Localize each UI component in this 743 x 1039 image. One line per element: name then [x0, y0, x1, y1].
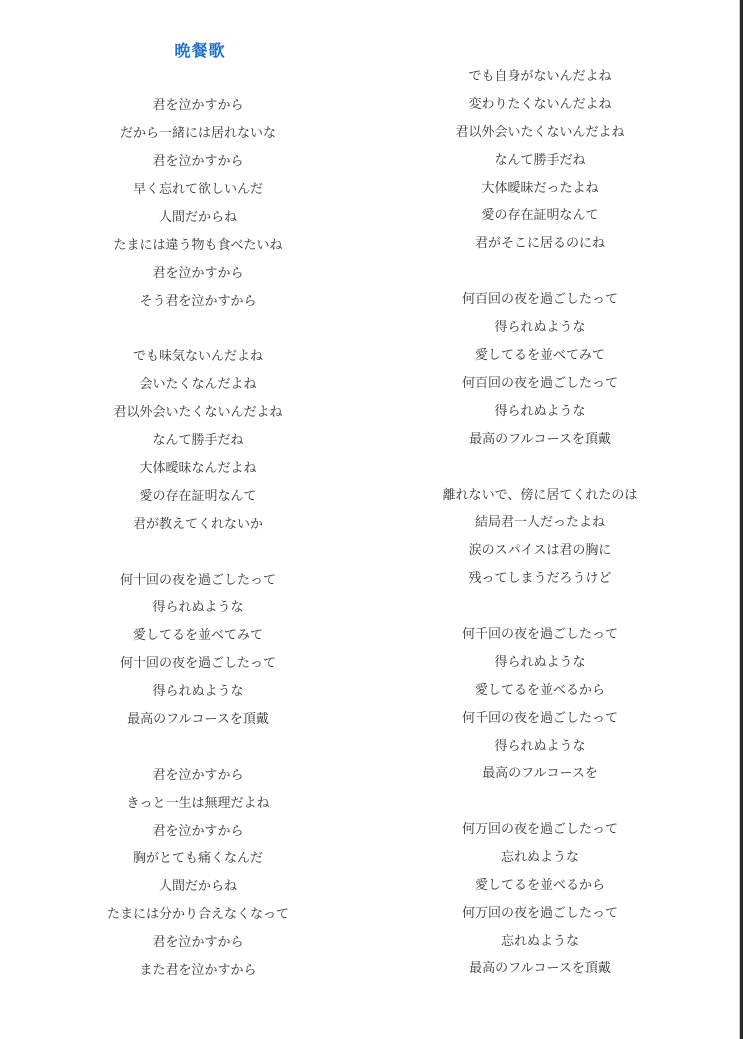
lyric-line: 君を泣かすから: [78, 823, 318, 841]
lyric-line: 何万回の夜を過ごしたって: [420, 905, 660, 923]
lyric-line: 得られぬような: [420, 319, 660, 337]
lyric-line: でも自身がないんだよね: [420, 68, 660, 86]
lyric-line: そう君を泣かすから: [78, 293, 318, 311]
lyric-line: 最高のフルコースを: [420, 765, 660, 783]
lyric-line: 君を泣かすから: [78, 265, 318, 283]
lyric-line: きっと一生は無理だよね: [78, 795, 318, 813]
lyric-line: 残ってしまうだろうけど: [420, 570, 660, 588]
lyric-line: 何百回の夜を過ごしたって: [420, 291, 660, 309]
lyric-line: 得られぬような: [420, 654, 660, 672]
lyric-line: 何十回の夜を過ごしたって: [78, 655, 318, 673]
lyric-line: だから一緒には居れないな: [78, 125, 318, 143]
lyric-line: 得られぬような: [78, 683, 318, 701]
lyric-line: 得られぬような: [420, 403, 660, 421]
lyric-line: 愛の存在証明なんて: [420, 207, 660, 225]
lyric-line: 愛してるを並べてみて: [420, 347, 660, 365]
lyric-line: 愛してるを並べるから: [420, 877, 660, 895]
lyric-line: たまには違う物も食べたいね: [78, 237, 318, 255]
lyric-line: 君を泣かすから: [78, 934, 318, 952]
lyric-line: なんて勝手だね: [78, 432, 318, 450]
lyric-line: 愛の存在証明なんて: [78, 488, 318, 506]
lyric-line: 結局君一人だったよね: [420, 514, 660, 532]
lyric-line: 君を泣かすから: [78, 767, 318, 785]
lyric-line: 最高のフルコースを頂戴: [420, 960, 660, 978]
lyric-line: 大体曖昧だったよね: [420, 180, 660, 198]
lyric-line: 何千回の夜を過ごしたって: [420, 710, 660, 728]
lyric-line: 変わりたくないんだよね: [420, 96, 660, 114]
lyric-line: 得られぬような: [78, 599, 318, 617]
lyric-line: 君以外会いたくないんだよね: [78, 404, 318, 422]
lyric-line: 会いたくなんだよね: [78, 376, 318, 394]
lyric-line: 君以外会いたくないんだよね: [420, 124, 660, 142]
lyric-line: 何千回の夜を過ごしたって: [420, 626, 660, 644]
lyric-line: でも味気ないんだよね: [78, 348, 318, 366]
lyric-line: 何百回の夜を過ごしたって: [420, 375, 660, 393]
lyric-line: 早く忘れて欲しいんだ: [78, 181, 318, 199]
lyric-line: また君を泣かすから: [78, 962, 318, 980]
lyric-line: 君を泣かすから: [78, 97, 318, 115]
lyric-line: 愛してるを並べてみて: [78, 627, 318, 645]
lyric-line: 忘れぬような: [420, 933, 660, 951]
lyric-line: 最高のフルコースを頂戴: [420, 431, 660, 449]
lyric-line: なんて勝手だね: [420, 152, 660, 170]
lyric-line: 胸がとても痛くなんだ: [78, 850, 318, 868]
lyric-line: 涙のスパイスは君の胸に: [420, 542, 660, 560]
lyric-line: 大体曖昧なんだよね: [78, 460, 318, 478]
lyric-line: 最高のフルコースを頂戴: [78, 711, 318, 729]
lyric-line: 何万回の夜を過ごしたって: [420, 821, 660, 839]
lyric-line: 忘れぬような: [420, 849, 660, 867]
lyric-line: 君が教えてくれないか: [78, 516, 318, 534]
lyric-line: 人間だからね: [78, 209, 318, 227]
lyrics-page: 晩餐歌 君を泣かすからだから一緒には居れないな君を泣かすから早く忘れて欲しいんだ…: [0, 0, 739, 1039]
lyric-line: 何十回の夜を過ごしたって: [78, 572, 318, 590]
lyric-line: 君を泣かすから: [78, 153, 318, 171]
lyric-line: 君がそこに居るのにね: [420, 235, 660, 253]
lyric-line: 愛してるを並べるから: [420, 682, 660, 700]
song-title: 晩餐歌: [150, 38, 250, 61]
lyric-line: 得られぬような: [420, 738, 660, 756]
lyric-line: 離れないで、傍に居てくれたのは: [420, 487, 660, 505]
lyric-line: たまには分かり合えなくなって: [78, 906, 318, 924]
lyric-line: 人間だからね: [78, 878, 318, 896]
